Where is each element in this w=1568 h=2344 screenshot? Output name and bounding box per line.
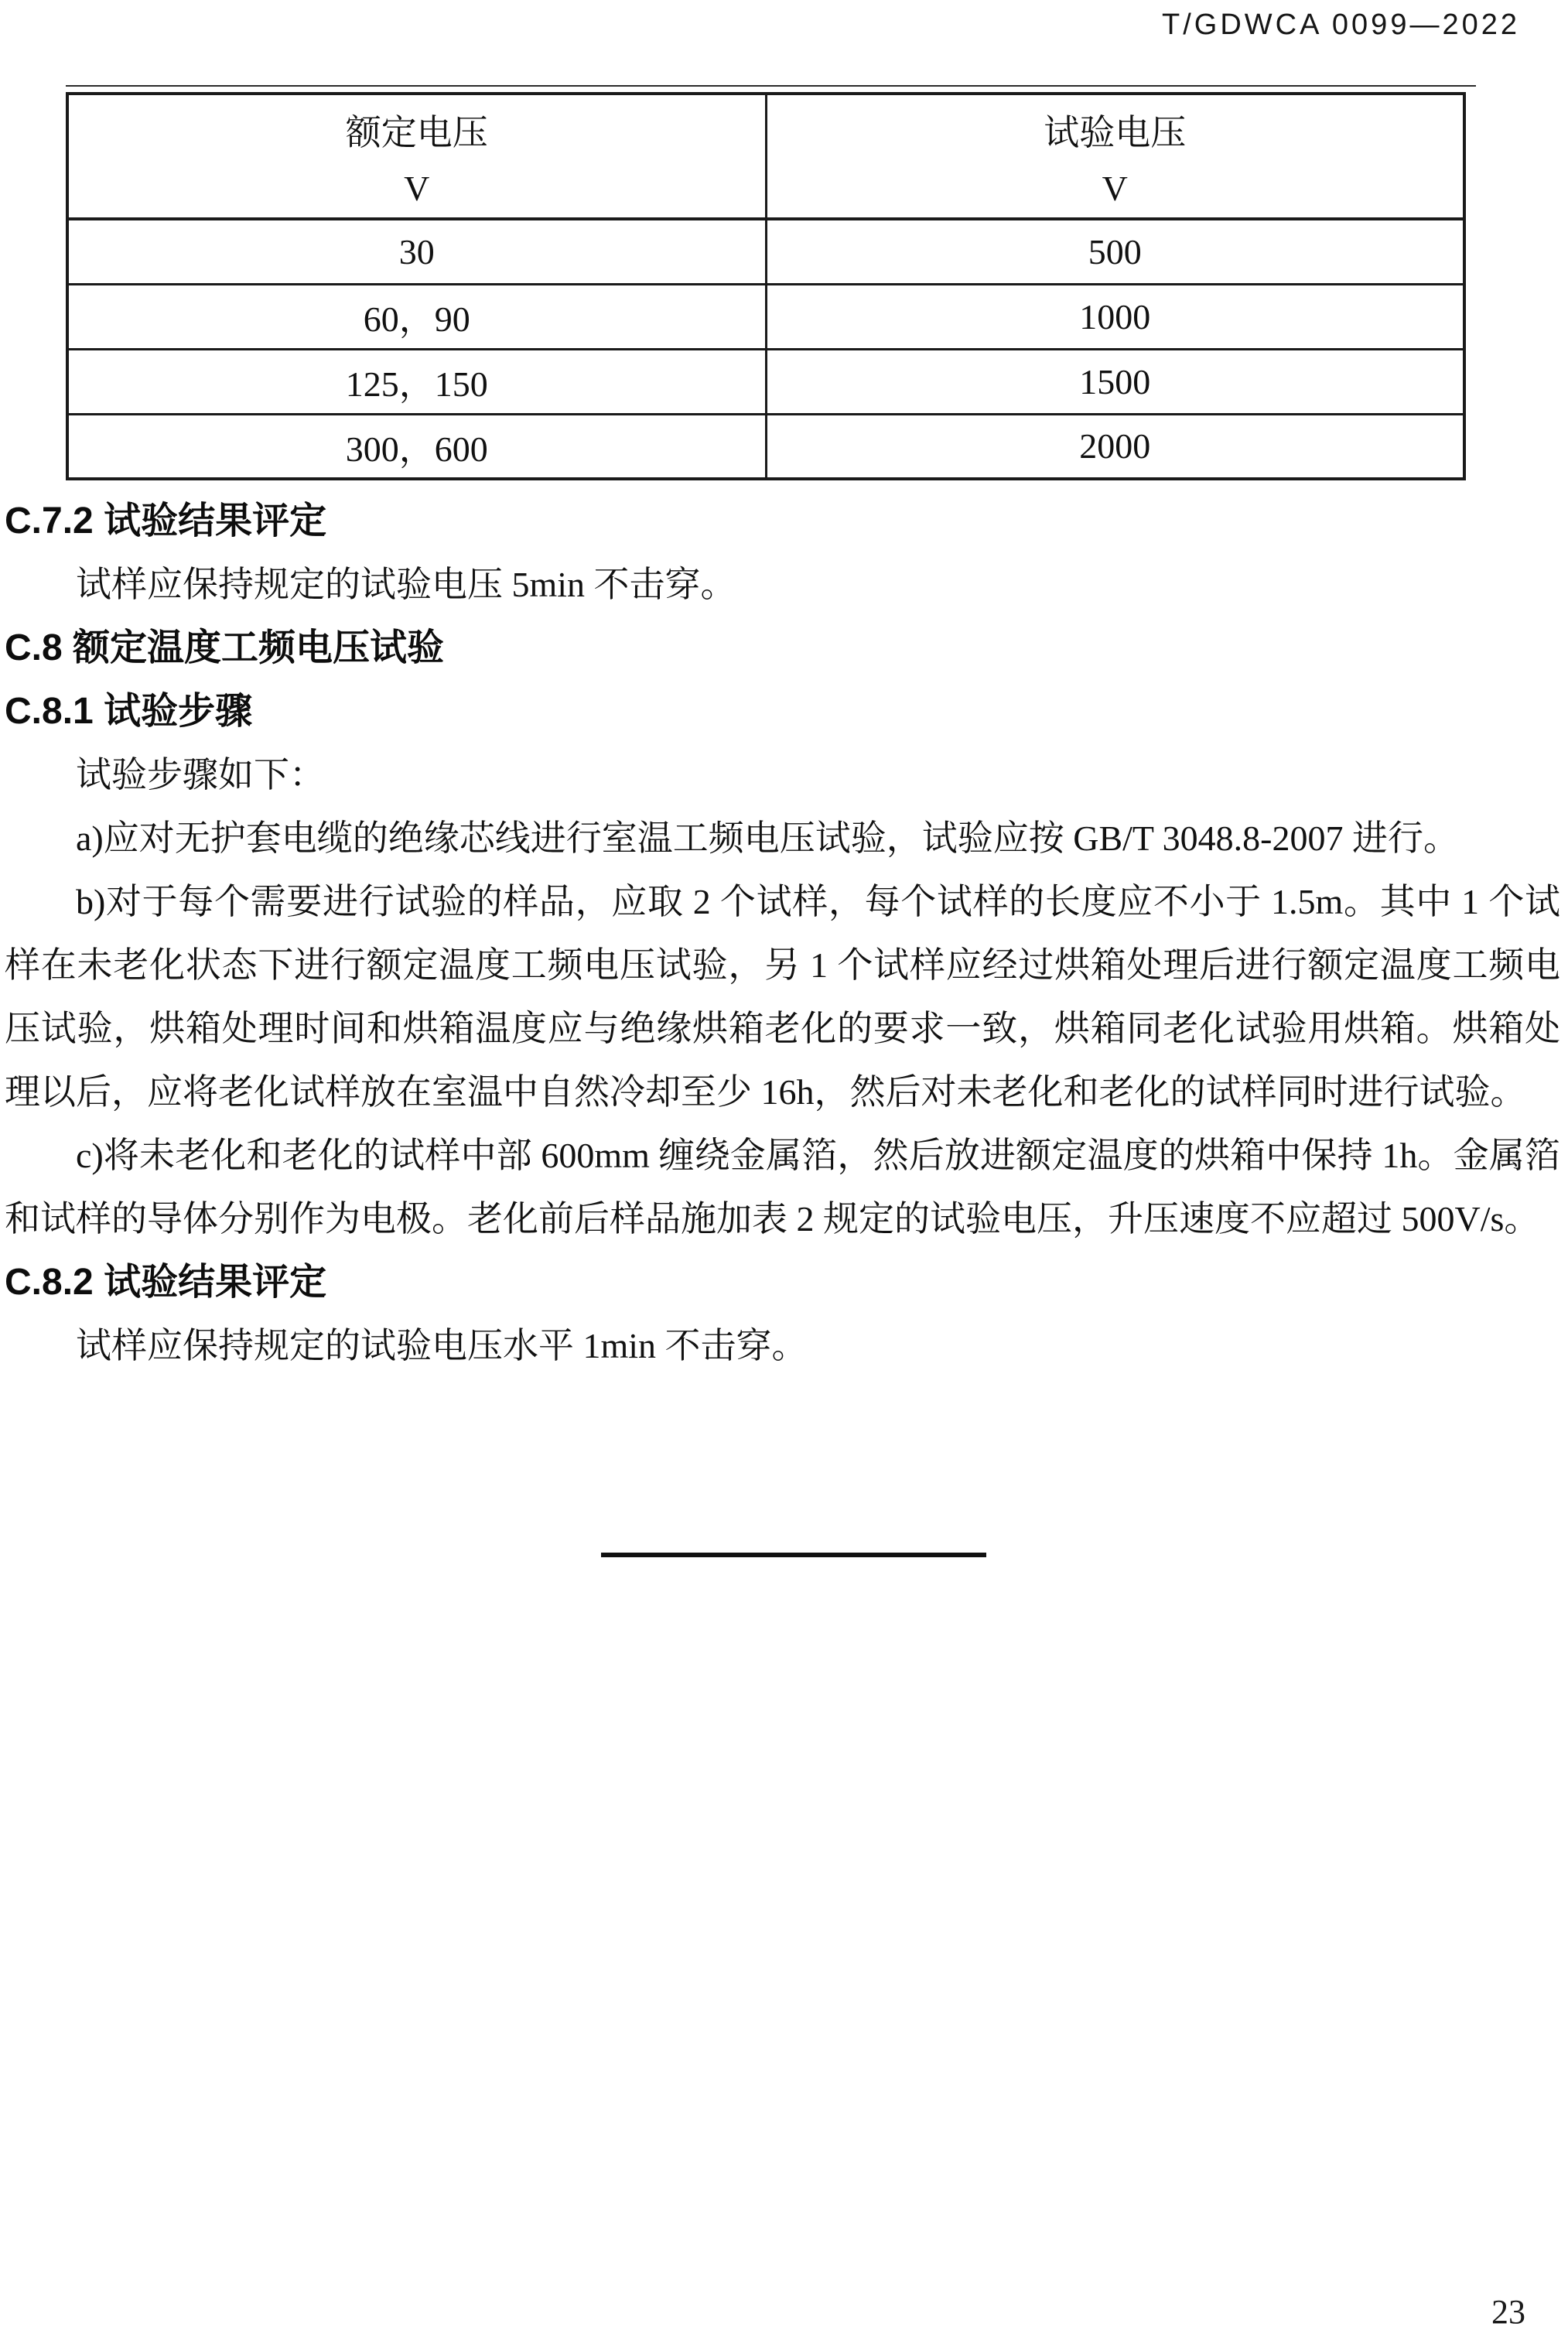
paragraph-c81-step-b: b)对于每个需要进行试验的样品，应取 2 个试样，每个试样的长度应不小于 1.5… xyxy=(5,870,1560,1124)
header-cell-rated-voltage: 额定电压 V xyxy=(67,94,766,219)
table-row: 30 500 xyxy=(67,219,1464,284)
section-heading-c72: C.7.2 试验结果评定 xyxy=(5,490,1560,553)
cell-rated-voltage: 30 xyxy=(67,219,766,284)
table-row: 125，150 1500 xyxy=(67,349,1464,414)
paragraph-c81-step-c: c)将未老化和老化的试样中部 600mm 缠绕金属箔，然后放进额定温度的烘箱中保… xyxy=(5,1124,1560,1251)
section-heading-c82: C.8.2 试验结果评定 xyxy=(5,1251,1560,1314)
cell-rated-voltage: 300，600 xyxy=(67,414,766,479)
voltage-table-zone: 额定电压 V 试验电压 V 30 500 60，90 1000 xyxy=(66,85,1466,480)
cell-rated-voltage: 60，90 xyxy=(67,284,766,349)
cell-test-voltage: 1000 xyxy=(766,284,1464,349)
document-body: C.7.2 试验结果评定 试样应保持规定的试验电压 5min 不击穿。 C.8 … xyxy=(0,480,1568,1378)
table-row: 60，90 1000 xyxy=(67,284,1464,349)
cell-rated-voltage: 125，150 xyxy=(67,349,766,414)
standard-code-header: T/GDWCA 0099—2022 xyxy=(0,0,1568,43)
column-title: 额定电压 xyxy=(69,95,765,160)
cell-test-voltage: 1500 xyxy=(766,349,1464,414)
test-voltage-table: 额定电压 V 试验电压 V 30 500 60，90 1000 xyxy=(66,92,1466,480)
section-heading-c8: C.8 额定温度工频电压试验 xyxy=(5,617,1560,680)
column-unit: V xyxy=(767,160,1464,217)
column-title: 试验电压 xyxy=(767,95,1464,160)
end-of-document-rule xyxy=(601,1553,986,1557)
header-cell-test-voltage: 试验电压 V xyxy=(766,94,1464,219)
paragraph-c72-result: 试样应保持规定的试验电压 5min 不击穿。 xyxy=(5,553,1560,617)
table-row: 300，600 2000 xyxy=(67,414,1464,479)
table-continuation-rule xyxy=(66,85,1476,87)
paragraph-c82-result: 试样应保持规定的试验电压水平 1min 不击穿。 xyxy=(5,1314,1560,1378)
cell-test-voltage: 500 xyxy=(766,219,1464,284)
column-unit: V xyxy=(69,160,765,217)
paragraph-c81-intro: 试验步骤如下： xyxy=(5,743,1560,807)
table-header-row: 额定电压 V 试验电压 V xyxy=(67,94,1464,219)
section-heading-c81: C.8.1 试验步骤 xyxy=(5,680,1560,743)
standard-code: T/GDWCA 0099—2022 xyxy=(1162,9,1520,41)
paragraph-c81-step-a: a)应对无护套电缆的绝缘芯线进行室温工频电压试验，试验应按 GB/T 3048.… xyxy=(5,807,1560,870)
cell-test-voltage: 2000 xyxy=(766,414,1464,479)
page-number: 23 xyxy=(1491,2292,1525,2332)
document-page: T/GDWCA 0099—2022 额定电压 V 试验电压 V 30 50 xyxy=(0,0,1568,2344)
